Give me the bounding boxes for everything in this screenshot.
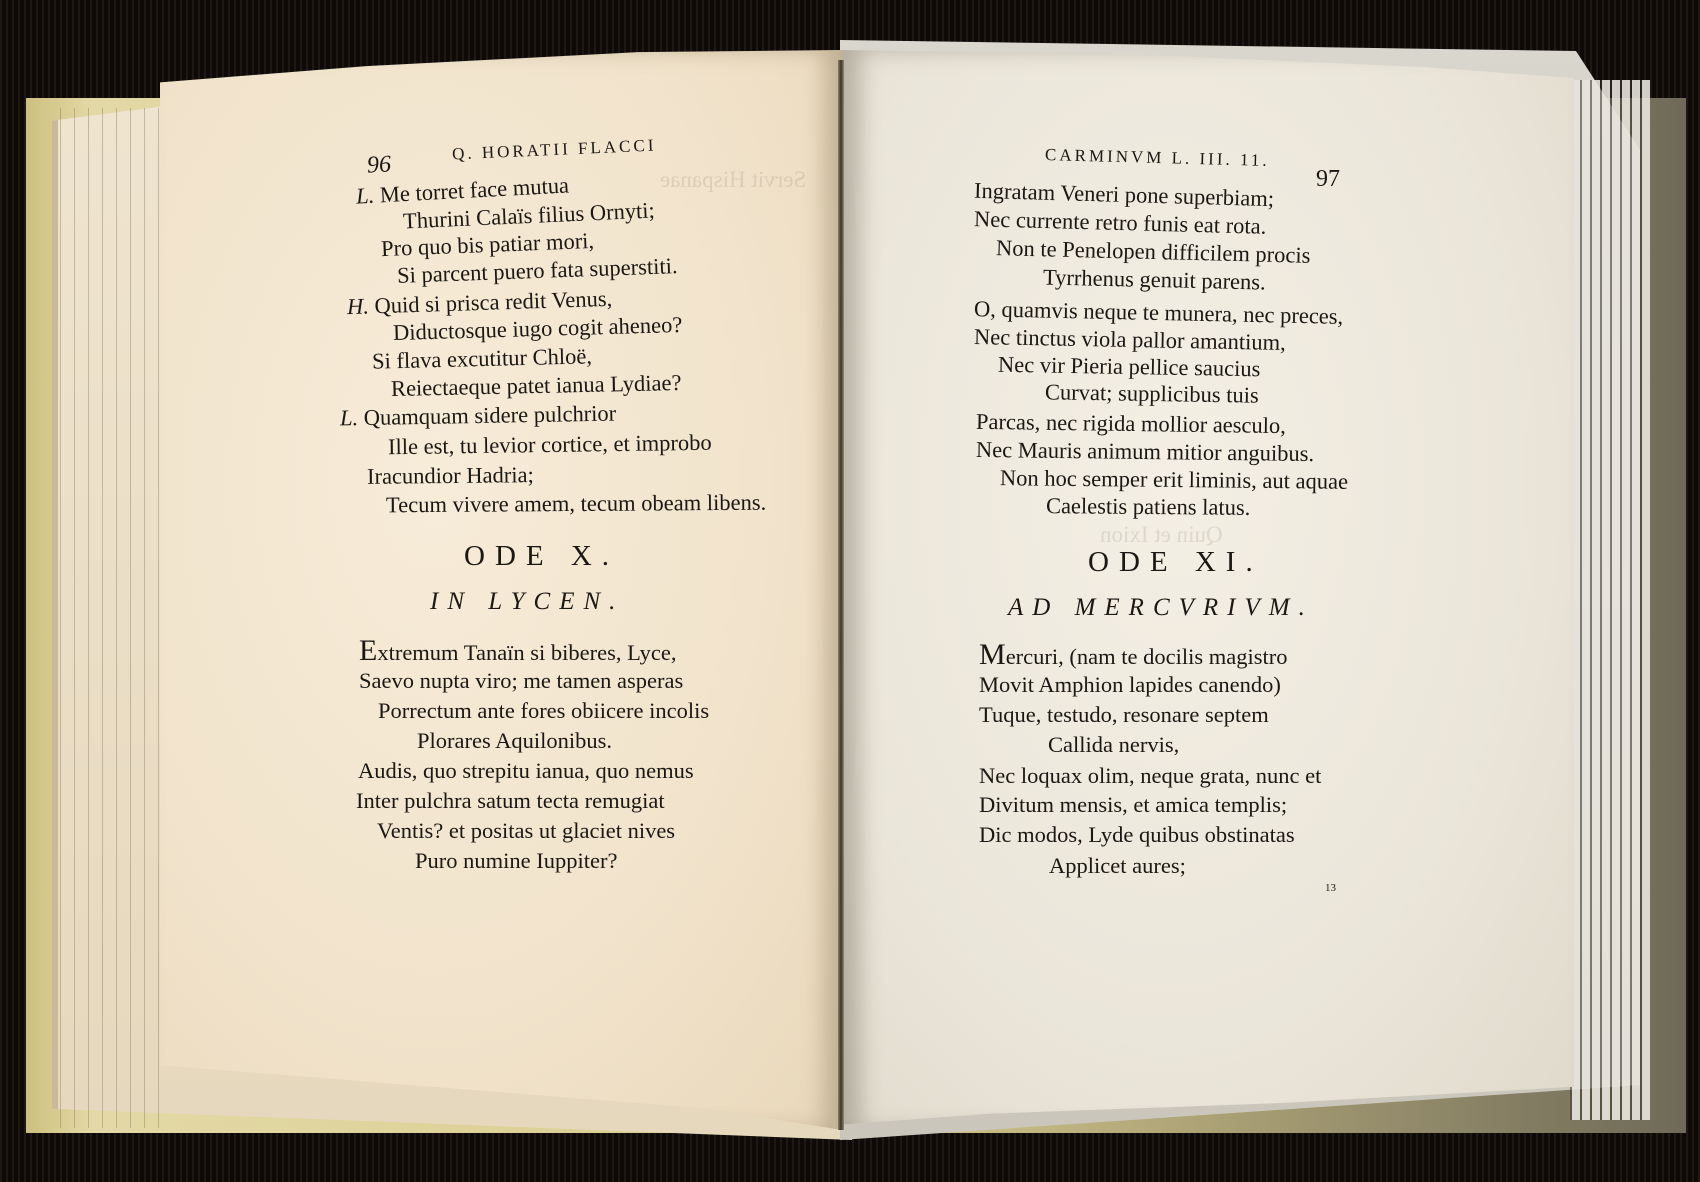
verse-line: Nec loquax olim, neque grata, nunc et	[979, 761, 1321, 791]
verse-line: Tuque, testudo, resonare septem	[979, 700, 1269, 730]
verse-line: Saevo nupta viro; me tamen asperas	[359, 666, 683, 696]
verse-line: Applicet aures;	[1049, 851, 1186, 881]
verse-line: Tyrrhenus genuit parens.	[1043, 262, 1266, 297]
drop-cap: E	[359, 634, 377, 667]
verse-line: Movit Amphion lapides canendo)	[979, 670, 1281, 700]
verse-line: Tecum vivere amem, tecum obeam libens.	[386, 488, 766, 520]
left-deckle-edges	[60, 108, 160, 1128]
verse-line: Extremum Tanaïn si biberes, Lyce,	[359, 636, 677, 668]
verse-line: Caelestis patiens latus.	[1046, 491, 1251, 522]
verse-line: Audis, quo strepitu ianua, quo nemus	[358, 756, 694, 786]
ode-title-xi: ODE XI.	[1088, 546, 1263, 579]
verse-line: Mercuri, (nam te docilis magistro	[979, 640, 1287, 672]
page-number-left: 96	[366, 151, 391, 179]
page-number-right: 97	[1316, 166, 1340, 193]
verse-line: Ille est, tu levior cortice, et improbo	[388, 428, 712, 462]
speaker-label: L.	[340, 405, 359, 430]
verse-line: Plorares Aquilonibus.	[417, 726, 612, 756]
speaker-label: H.	[347, 293, 370, 319]
ode-subtitle-x: IN LYCEN.	[430, 588, 624, 616]
speaker-label: L.	[355, 183, 374, 209]
verse-line: Ventis? et positas ut glaciet nives	[377, 816, 675, 846]
book-gutter	[838, 60, 844, 1130]
signature-mark: 13	[1325, 882, 1336, 894]
verse-line: Callida nervis,	[1048, 730, 1179, 760]
show-through-text: Servit Hispanae	[660, 165, 806, 195]
verse-line: Puro numine Iuppiter?	[415, 846, 617, 876]
ode-subtitle-xi: AD MERCVRIVM.	[1008, 594, 1314, 622]
verse-line: Divitum mensis, et amica templis;	[979, 790, 1287, 820]
verse-line: Porrectum ante fores obiicere incolis	[378, 696, 709, 726]
ode-title-x: ODE X.	[464, 540, 619, 573]
photo-scene: Servit Hispanae Quin et Ixion 96 Q. HORA…	[0, 0, 1700, 1182]
verse-line: Reiectaeque patet ianua Lydiae?	[391, 368, 682, 404]
verse-line: L. Quamquam sidere pulchrior	[340, 399, 617, 433]
verse-line: Dic modos, Lyde quibus obstinatas	[979, 820, 1295, 850]
verse-line: Curvat; supplicibus tuis	[1045, 377, 1259, 410]
verse-line: Iracundior Hadria;	[367, 460, 534, 491]
drop-cap: M	[979, 638, 1006, 671]
right-deckle-edges	[1570, 80, 1650, 1120]
verse-line: Inter pulchra satum tecta remugiat	[356, 786, 665, 816]
